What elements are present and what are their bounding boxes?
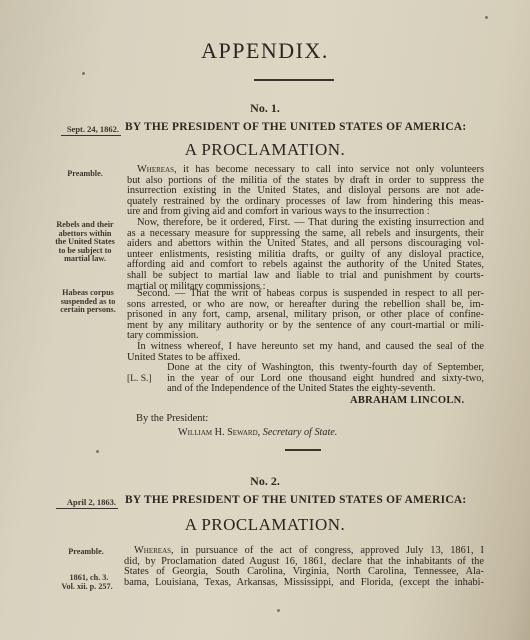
preamble-paragraph: Whereas, in pursuance of the act of cong… [124, 546, 484, 588]
ink-speck [277, 609, 280, 612]
attest-title: Secretary of State. [263, 427, 338, 438]
ink-speck [82, 72, 85, 75]
page-heading: APPENDIX. [0, 38, 530, 64]
signature: ABRAHAM LINCOLN. [350, 395, 464, 406]
margin-note-preamble: Preamble. [56, 170, 114, 179]
margin-note-martial-law: Rebels and their abettors within the Uni… [54, 221, 116, 264]
margin-note-preamble: Preamble. [56, 548, 116, 557]
witness-paragraph: In witness whereof, I have hereunto set … [127, 342, 484, 363]
first-order-paragraph: Now, therefore, be it ordered, First. — … [127, 218, 484, 292]
text-line: Done at the city of Washington, this twe… [167, 363, 484, 374]
text-line: Now, therefore, be it ordered, First. — … [127, 218, 484, 229]
second-order-paragraph: Second. — That the writ of habeas corpus… [127, 289, 484, 342]
attestation: William H. Seward, Secretary of State. [178, 427, 337, 438]
seal-mark: [L. S.] [127, 374, 152, 384]
proclamation-title: A PROCLAMATION. [0, 140, 530, 160]
preamble-paragraph: Whereas, it has become necessary to call… [127, 165, 484, 218]
date-note: April 2, 1863. [56, 497, 118, 509]
dated-paragraph: Done at the city of Washington, this twe… [167, 363, 484, 395]
text-line: Second. — That the writ of habeas corpus… [127, 289, 484, 300]
text-line: shall be subject to martial law and liab… [127, 271, 484, 282]
proclamation-number: No. 2. [0, 474, 530, 489]
heading-rule [254, 79, 334, 81]
document-page: APPENDIX. No. 1. Sept. 24, 1862. BY THE … [0, 0, 530, 640]
attest-label: By the President: [136, 413, 208, 424]
text-line: Whereas, in pursuance of the act of cong… [124, 546, 484, 557]
margin-note-volume: Vol. xii. p. 257. [48, 583, 126, 592]
text-line: bama, Louisiana, Texas, Arkansas, Missis… [124, 578, 484, 589]
date-note: Sept. 24, 1862. [61, 124, 121, 136]
text-line: and of the Independence of the United St… [167, 384, 484, 395]
section-rule [285, 449, 321, 451]
attest-name: William H. Seward, [178, 427, 260, 438]
proclamation-title: A PROCLAMATION. [0, 515, 530, 535]
proclamation-number: No. 1. [0, 101, 530, 116]
text-line: Whereas, it has become necessary to call… [127, 165, 484, 176]
proclamation-byline: BY THE PRESIDENT OF THE UNITED STATES OF… [125, 121, 467, 133]
margin-note-habeas-corpus: Habeas corpus suspended as to certain pe… [54, 289, 122, 315]
ink-speck [485, 16, 488, 19]
text-line: In witness whereof, I have hereunto set … [127, 342, 484, 353]
ink-speck [96, 450, 99, 453]
proclamation-byline: BY THE PRESIDENT OF THE UNITED STATES OF… [125, 494, 467, 506]
